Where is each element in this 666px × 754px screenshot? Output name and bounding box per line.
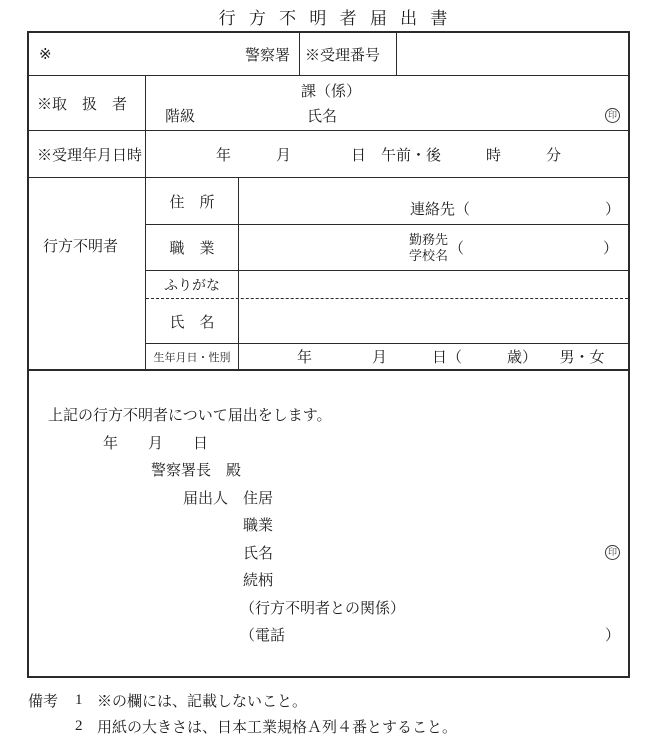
- reporter-seal-icon: 印: [605, 545, 620, 560]
- occupation-row: 職 業 勤務先 学校名 （ ）: [146, 225, 628, 271]
- address-row: 住 所 連絡先（ ）: [146, 178, 628, 225]
- reporter-name-text: 氏名: [243, 542, 273, 563]
- declaration-date-line: 年 月 日: [29, 429, 628, 457]
- phone-close-paren: ）: [605, 624, 620, 645]
- received-datetime-row: ※受理年月日時 年 月 日 午前・後 時 分: [29, 131, 628, 178]
- note-line-1: 備考 1 ※の欄には、記載しないこと。: [28, 687, 457, 713]
- school-label: 学校名: [409, 248, 448, 263]
- name-label: 氏名: [307, 105, 337, 126]
- workplace-open-paren: （: [449, 237, 464, 258]
- occupation-label-cell: 職 業: [146, 225, 239, 270]
- handler-label-cell: ※取 扱 者: [29, 76, 146, 130]
- declaration-statement-text: 上記の行方不明者について届出をします。: [48, 404, 332, 425]
- reporter-occupation-line: 職業: [29, 511, 628, 539]
- handler-label: ※取 扱 者: [37, 93, 127, 114]
- receipt-number-value-cell: [397, 33, 628, 75]
- contact-close-paren: ）: [605, 198, 620, 219]
- missing-person-label: 行方不明者: [43, 235, 118, 256]
- reporter-address-text: 届出人 住居: [183, 487, 273, 508]
- section-label: 課（係）: [301, 84, 361, 100]
- birthdate-sex-label: 生年月日・性別: [154, 349, 231, 365]
- note-1-text: ※の欄には、記載しないこと。: [97, 690, 307, 711]
- declaration-statement: 上記の行方不明者について届出をします。: [29, 401, 628, 429]
- reporter-address-line: 届出人 住居: [29, 484, 628, 512]
- phone-label-text: （電話: [240, 624, 285, 645]
- note-2-text: 用紙の大きさは、日本工業規格Ａ列４番とすること。: [97, 716, 457, 737]
- relation-line: 続柄: [29, 566, 628, 594]
- handler-content-cell: 課（係） 階級 氏名 印: [146, 76, 628, 130]
- notes-label: 備考: [28, 690, 75, 711]
- received-datetime-label: ※受理年月日時: [37, 144, 142, 165]
- police-station-label: 警察署: [245, 44, 290, 65]
- relation-note-text: （行方不明者との関係）: [240, 597, 405, 618]
- birthdate-sex-value: 年 月 日（ 歳） 男・女: [297, 346, 605, 367]
- header-row: ※ 警察署 ※受理番号: [29, 33, 628, 76]
- note-2-number: 2: [75, 718, 97, 735]
- birthdate-sex-value-cell: 年 月 日（ 歳） 男・女: [239, 344, 628, 369]
- phone-line: （電話 ）: [29, 621, 628, 649]
- form-title: 行方不明者届出書: [0, 4, 666, 29]
- person-name-label: 氏 名: [169, 311, 214, 332]
- birthdate-sex-row: 生年月日・性別 年 月 日（ 歳） 男・女: [146, 344, 628, 369]
- police-station-cell: ※ 警察署: [29, 33, 300, 75]
- contact-label: 連絡先（: [410, 198, 470, 219]
- section-line: 課（係）: [146, 80, 628, 101]
- person-name-label-cell: 氏 名: [146, 299, 239, 343]
- police-chief-text: 警察署長 殿: [151, 459, 241, 480]
- workplace-school-labels: 勤務先 学校名: [409, 232, 448, 263]
- received-datetime-label-cell: ※受理年月日時: [29, 131, 146, 177]
- missing-person-section: 行方不明者 住 所 連絡先（ ） 職 業: [29, 178, 628, 371]
- occupation-value-cell: 勤務先 学校名 （ ）: [239, 225, 628, 270]
- police-chief-line: 警察署長 殿: [29, 456, 628, 484]
- form-table: ※ 警察署 ※受理番号 ※取 扱 者 課（係） 階級 氏名 印: [27, 31, 630, 678]
- address-label: 住 所: [169, 191, 214, 212]
- name-row: 氏 名: [146, 299, 628, 344]
- missing-person-subrows: 住 所 連絡先（ ） 職 業 勤務先 学校名: [146, 178, 628, 369]
- furigana-label-cell: ふりがな: [146, 271, 239, 298]
- receipt-number-label-cell: ※受理番号: [300, 33, 397, 75]
- seal-icon: 印: [605, 108, 620, 123]
- handler-row: ※取 扱 者 課（係） 階級 氏名 印: [29, 76, 628, 131]
- note-1-number: 1: [75, 692, 97, 709]
- declaration-section: 上記の行方不明者について届出をします。 年 月 日 警察署長 殿 届出人 住居 …: [29, 371, 628, 676]
- relation-text: 続柄: [243, 569, 273, 590]
- declaration-date-text: 年 月 日: [103, 432, 208, 453]
- occupation-label: 職 業: [169, 237, 214, 258]
- workplace-close-paren: ）: [603, 237, 618, 258]
- workplace-label: 勤務先: [409, 232, 448, 247]
- address-value-cell: 連絡先（ ）: [239, 178, 628, 224]
- missing-person-report-form: 行方不明者届出書 ※ 警察署 ※受理番号 ※取 扱 者 課（係） 階: [0, 0, 666, 754]
- received-datetime-value-cell: 年 月 日 午前・後 時 分: [146, 131, 628, 177]
- rank-name-line: 階級 氏名 印: [146, 105, 628, 126]
- furigana-label: ふりがな: [164, 275, 220, 295]
- person-name-value-cell: [239, 299, 628, 343]
- relation-note-line: （行方不明者との関係）: [29, 594, 628, 622]
- footer-notes: 備考 1 ※の欄には、記載しないこと。 2 用紙の大きさは、日本工業規格Ａ列４番…: [28, 687, 457, 739]
- reporter-occupation-text: 職業: [243, 514, 273, 535]
- furigana-value-cell: [239, 271, 628, 298]
- receipt-number-label: ※受理番号: [305, 44, 380, 65]
- asterisk-mark: ※: [39, 45, 52, 64]
- received-datetime-value: 年 月 日 午前・後 時 分: [216, 144, 561, 165]
- note-line-2: 2 用紙の大きさは、日本工業規格Ａ列４番とすること。: [28, 713, 457, 739]
- missing-person-label-cell: 行方不明者: [29, 178, 146, 369]
- furigana-row: ふりがな: [146, 271, 628, 299]
- address-label-cell: 住 所: [146, 178, 239, 224]
- reporter-name-line: 氏名 印: [29, 539, 628, 567]
- birthdate-sex-label-cell: 生年月日・性別: [146, 344, 239, 369]
- rank-label: 階級: [165, 105, 195, 126]
